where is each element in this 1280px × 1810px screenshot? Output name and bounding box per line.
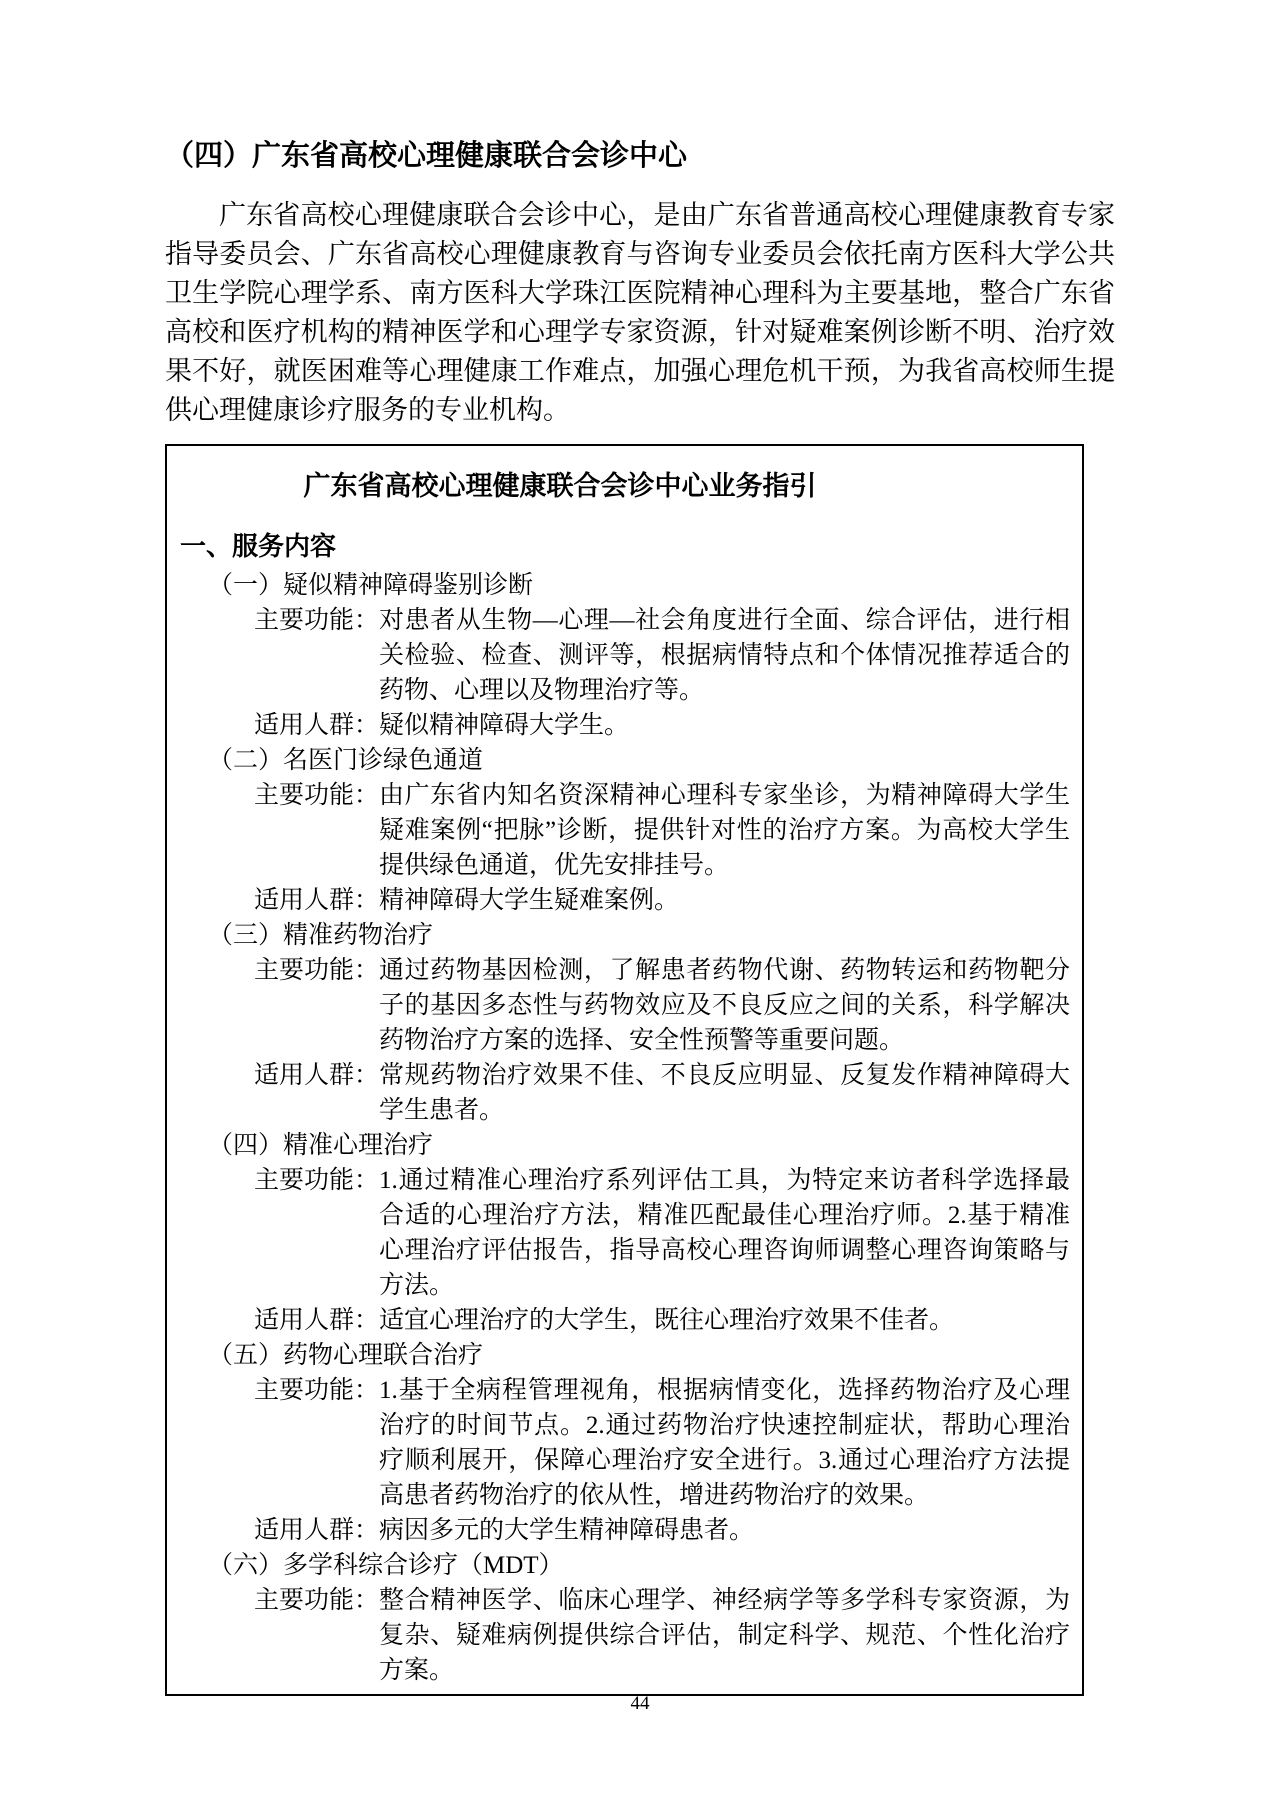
target-users-text: 常规药物治疗效果不佳、不良反应明显、反复发作精神障碍大学生患者。 (379, 1058, 1070, 1128)
service-content-heading: 一、服务内容 (180, 528, 1070, 564)
guide-box-title: 广东省高校心理健康联合会诊中心业务指引 (180, 466, 940, 506)
main-function-label: 主要功能： (254, 1583, 379, 1688)
target-users-label: 适用人群： (254, 883, 379, 918)
service-item-3-users-row: 适用人群： 常规药物治疗效果不佳、不良反应明显、反复发作精神障碍大学生患者。 (180, 1058, 1070, 1128)
service-item-5-heading: （五）药物心理联合治疗 (180, 1338, 1070, 1373)
target-users-label: 适用人群： (254, 708, 379, 743)
service-item-2-function-row: 主要功能： 由广东省内知名资深精神心理科专家坐诊，为精神障碍大学生疑难案例“把脉… (180, 778, 1070, 883)
main-function-text: 整合精神医学、临床心理学、神经病学等多学科专家资源，为复杂、疑难病例提供综合评估… (379, 1583, 1070, 1688)
service-item-4: （四）精准心理治疗 主要功能： 1.通过精准心理治疗系列评估工具，为特定来访者科… (180, 1128, 1070, 1338)
service-item-6-heading: （六）多学科综合诊疗（MDT） (180, 1548, 1070, 1583)
target-users-text: 适宜心理治疗的大学生，既往心理治疗效果不佳者。 (379, 1303, 1070, 1338)
target-users-label: 适用人群： (254, 1513, 379, 1548)
section-title: （四）广东省高校心理健康联合会诊中心 (165, 136, 1115, 176)
service-item-3-heading: （三）精准药物治疗 (180, 918, 1070, 953)
main-function-text: 对患者从生物—心理—社会角度进行全面、综合评估，进行相关检验、检查、测评等，根据… (379, 603, 1070, 708)
main-function-text: 1.基于全病程管理视角，根据病情变化，选择药物治疗及心理治疗的时间节点。2.通过… (379, 1373, 1070, 1513)
service-item-5: （五）药物心理联合治疗 主要功能： 1.基于全病程管理视角，根据病情变化，选择药… (180, 1338, 1070, 1548)
target-users-text: 病因多元的大学生精神障碍患者。 (379, 1513, 1070, 1548)
service-item-5-function-row: 主要功能： 1.基于全病程管理视角，根据病情变化，选择药物治疗及心理治疗的时间节… (180, 1373, 1070, 1513)
service-item-2-heading: （二）名医门诊绿色通道 (180, 743, 1070, 778)
service-item-6-function-row: 主要功能： 整合精神医学、临床心理学、神经病学等多学科专家资源，为复杂、疑难病例… (180, 1583, 1070, 1688)
service-item-4-function-row: 主要功能： 1.通过精准心理治疗系列评估工具，为特定来访者科学选择最合适的心理治… (180, 1163, 1070, 1303)
main-function-text: 1.通过精准心理治疗系列评估工具，为特定来访者科学选择最合适的心理治疗方法，精准… (379, 1163, 1070, 1303)
target-users-label: 适用人群： (254, 1058, 379, 1128)
service-item-1-heading: （一）疑似精神障碍鉴别诊断 (180, 568, 1070, 603)
business-guide-box: 广东省高校心理健康联合会诊中心业务指引 一、服务内容 （一）疑似精神障碍鉴别诊断… (165, 444, 1084, 1696)
service-item-1: （一）疑似精神障碍鉴别诊断 主要功能： 对患者从生物—心理—社会角度进行全面、综… (180, 568, 1070, 743)
service-item-6: （六）多学科综合诊疗（MDT） 主要功能： 整合精神医学、临床心理学、神经病学等… (180, 1548, 1070, 1688)
main-function-label: 主要功能： (254, 1373, 379, 1513)
service-item-5-users-row: 适用人群： 病因多元的大学生精神障碍患者。 (180, 1513, 1070, 1548)
document-page: （四）广东省高校心理健康联合会诊中心 广东省高校心理健康联合会诊中心，是由广东省… (0, 0, 1280, 1810)
service-item-1-function-row: 主要功能： 对患者从生物—心理—社会角度进行全面、综合评估，进行相关检验、检查、… (180, 603, 1070, 708)
target-users-text: 疑似精神障碍大学生。 (379, 708, 1070, 743)
service-item-2: （二）名医门诊绿色通道 主要功能： 由广东省内知名资深精神心理科专家坐诊，为精神… (180, 743, 1070, 918)
service-item-1-users-row: 适用人群： 疑似精神障碍大学生。 (180, 708, 1070, 743)
service-item-3-function-row: 主要功能： 通过药物基因检测，了解患者药物代谢、药物转运和药物靶分子的基因多态性… (180, 953, 1070, 1058)
main-function-label: 主要功能： (254, 953, 379, 1058)
main-function-text: 通过药物基因检测，了解患者药物代谢、药物转运和药物靶分子的基因多态性与药物效应及… (379, 953, 1070, 1058)
page-number: 44 (0, 1693, 1280, 1715)
main-function-text: 由广东省内知名资深精神心理科专家坐诊，为精神障碍大学生疑难案例“把脉”诊断，提供… (379, 778, 1070, 883)
service-item-2-users-row: 适用人群： 精神障碍大学生疑难案例。 (180, 883, 1070, 918)
service-item-4-users-row: 适用人群： 适宜心理治疗的大学生，既往心理治疗效果不佳者。 (180, 1303, 1070, 1338)
target-users-text: 精神障碍大学生疑难案例。 (379, 883, 1070, 918)
main-function-label: 主要功能： (254, 1163, 379, 1303)
service-item-4-heading: （四）精准心理治疗 (180, 1128, 1070, 1163)
target-users-label: 适用人群： (254, 1303, 379, 1338)
main-function-label: 主要功能： (254, 603, 379, 708)
intro-paragraph: 广东省高校心理健康联合会诊中心，是由广东省普通高校心理健康教育专家指导委员会、广… (165, 196, 1115, 430)
main-function-label: 主要功能： (254, 778, 379, 883)
service-item-3: （三）精准药物治疗 主要功能： 通过药物基因检测，了解患者药物代谢、药物转运和药… (180, 918, 1070, 1128)
